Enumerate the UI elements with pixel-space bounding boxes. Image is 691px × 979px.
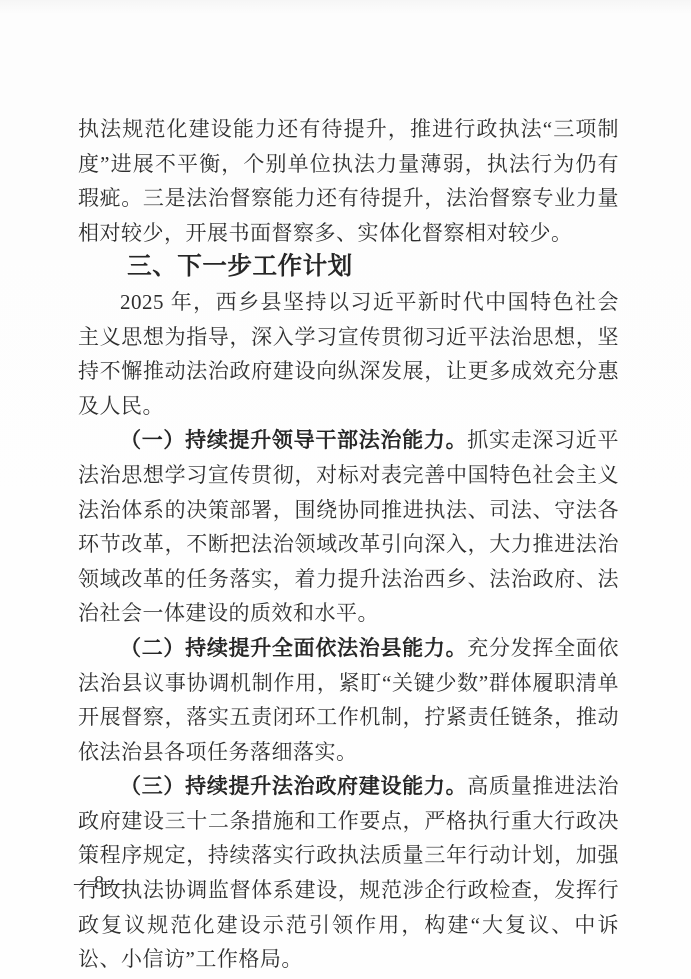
body-paragraph: 执法规范化建设能力还有待提升，推进行政执法“三项制度”进展不平衡，个别单位执法力… xyxy=(78,112,619,250)
page-number: —8— xyxy=(74,872,124,895)
paragraph-text: 执法规范化建设能力还有待提升，推进行政执法“三项制度”进展不平衡，个别单位执法力… xyxy=(78,117,619,245)
section-heading: 三、下一步工作计划 xyxy=(78,250,619,285)
document-body: 执法规范化建设能力还有待提升，推进行政执法“三项制度”进展不平衡，个别单位执法力… xyxy=(78,112,619,977)
body-paragraph: 2025 年，西乡县坚持以习近平新时代中国特色社会主义思想为指导，深入学习宣传贯… xyxy=(78,285,619,423)
body-paragraph: （一）持续提升领导干部法治能力。抓实走深习近平法治思想学习宣传贯彻，对标对表完善… xyxy=(78,423,619,631)
body-paragraph: （三）持续提升法治政府建设能力。高质量推进法治政府建设三十二条措施和工作要点，严… xyxy=(78,769,619,977)
paragraph-text: 抓实走深习近平法治思想学习宣传贯彻，对标对表完善中国特色社会主义法治体系的决策部… xyxy=(78,428,619,625)
paragraph-lead: （二）持续提升全面依法治县能力。 xyxy=(120,636,467,660)
body-paragraph: （二）持续提升全面依法治县能力。充分发挥全面依法治县议事协调机制作用，紧盯“关键… xyxy=(78,631,619,769)
paragraph-lead: （三）持续提升法治政府建设能力。 xyxy=(120,774,467,798)
paragraph-text: 2025 年，西乡县坚持以习近平新时代中国特色社会主义思想为指导，深入学习宣传贯… xyxy=(78,290,619,418)
paragraph-lead: （一）持续提升领导干部法治能力。 xyxy=(120,428,467,452)
paragraph-text: 高质量推进法治政府建设三十二条措施和工作要点，严格执行重大行政决策程序规定，持续… xyxy=(78,774,619,971)
document-page: 执法规范化建设能力还有待提升，推进行政执法“三项制度”进展不平衡，个别单位执法力… xyxy=(0,0,691,979)
